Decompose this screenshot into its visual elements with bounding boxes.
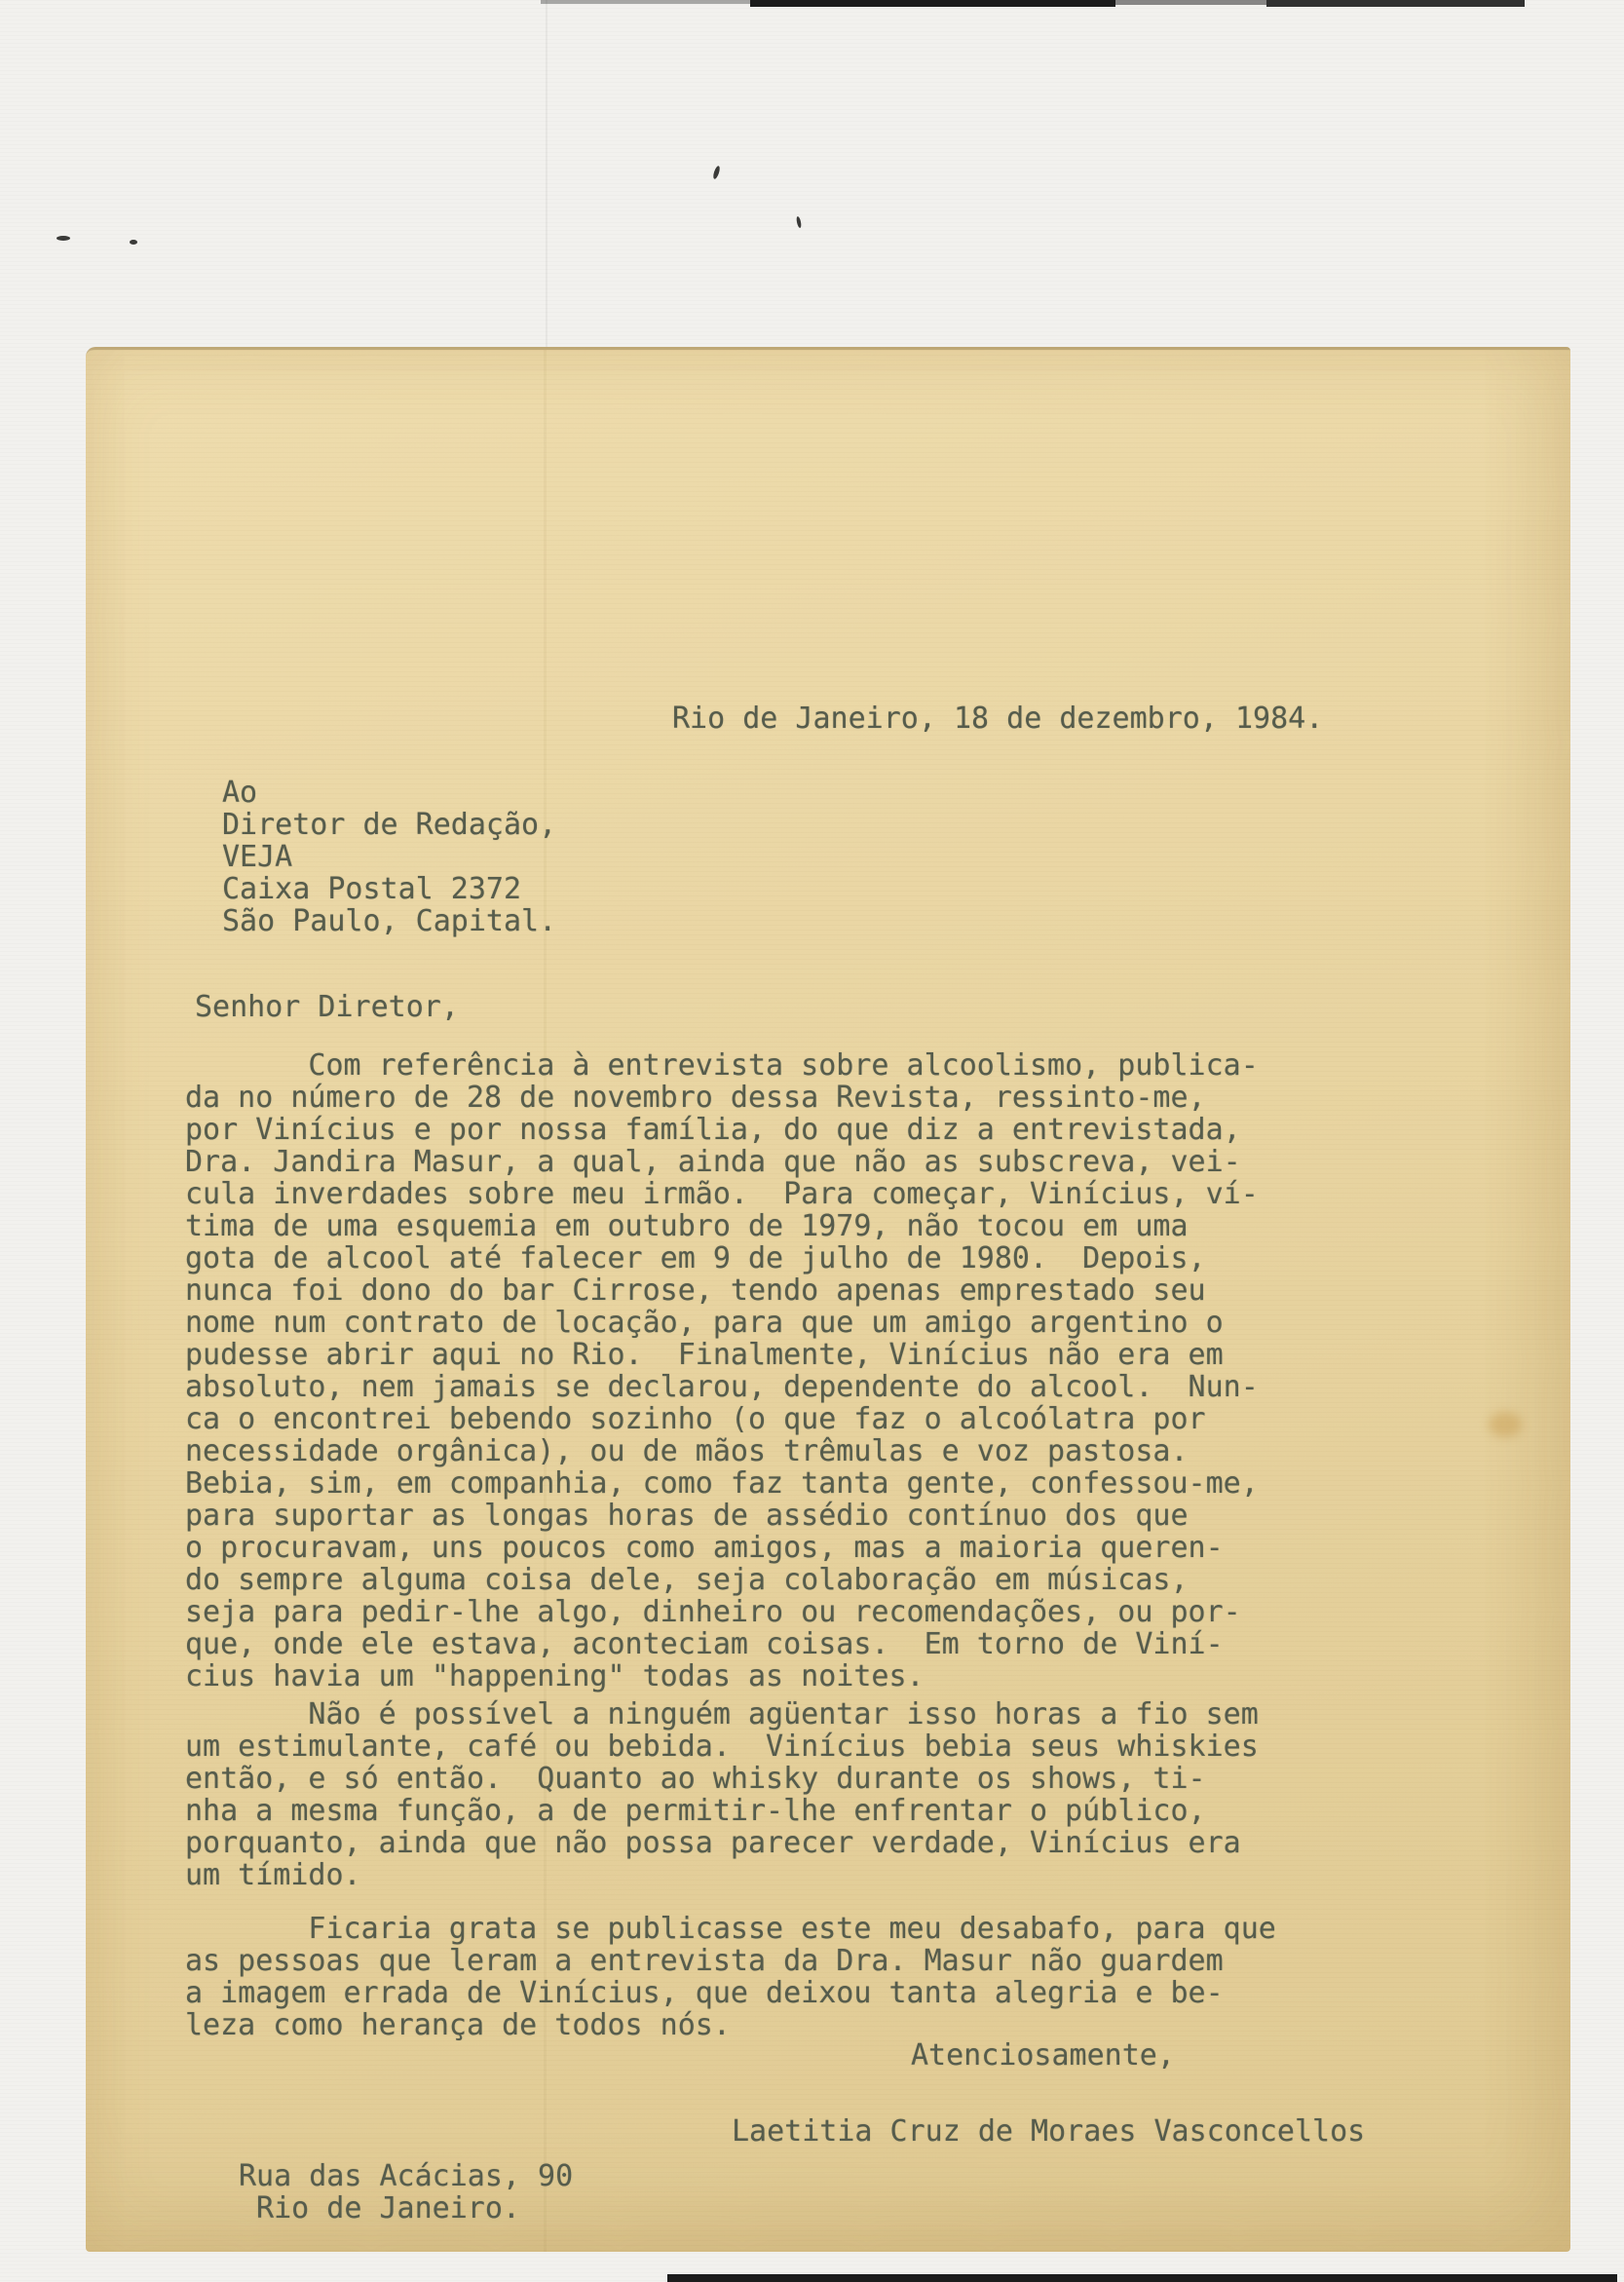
text-line: Ao bbox=[222, 777, 556, 809]
text-line: nha a mesma função, a de permitir-lhe en… bbox=[185, 1795, 1259, 1827]
text-line: do sempre alguma coisa dele, seja colabo… bbox=[185, 1564, 1259, 1596]
scan-speck bbox=[130, 240, 137, 245]
text-line: a imagem errada de Vinícius, que deixou … bbox=[185, 1977, 1276, 2009]
text-line: por Vinícius e por nossa família, do que… bbox=[185, 1114, 1259, 1146]
scan-speck bbox=[712, 166, 721, 180]
text-line: Não é possível a ninguém agüentar isso h… bbox=[185, 1698, 1259, 1731]
scan-edge-strip bbox=[667, 2274, 1617, 2282]
signature-name: Laetitia Cruz de Moraes Vasconcellos bbox=[732, 2115, 1365, 2148]
text-line: necessidade orgânica), ou de mãos trêmul… bbox=[185, 1435, 1259, 1467]
sender-address: Rua das Acácias, 90 Rio de Janeiro. bbox=[239, 2160, 573, 2225]
text-line: pudesse abrir aqui no Rio. Finalmente, V… bbox=[185, 1339, 1259, 1371]
text-line: ca o encontrei bebendo sozinho (o que fa… bbox=[185, 1403, 1259, 1435]
body-paragraph-2: Não é possível a ninguém agüentar isso h… bbox=[185, 1698, 1259, 1891]
background-fold-line bbox=[546, 0, 548, 347]
text-line: cius havia um "happening" todas as noite… bbox=[185, 1660, 1259, 1692]
text-line: Diretor de Redação, bbox=[222, 809, 556, 841]
text-line: da no número de 28 de novembro dessa Rev… bbox=[185, 1082, 1259, 1114]
text-line: para suportar as longas horas de assédio… bbox=[185, 1500, 1259, 1532]
text-line: um tímido. bbox=[185, 1859, 1259, 1891]
text-line: nunca foi dono do bar Cirrose, tendo ape… bbox=[185, 1274, 1259, 1307]
scan-edge-strip bbox=[1266, 0, 1525, 7]
scan-edge-strip bbox=[750, 0, 1115, 7]
text-line: seja para pedir-lhe algo, dinheiro ou re… bbox=[185, 1596, 1259, 1628]
date-line: Rio de Janeiro, 18 de dezembro, 1984. bbox=[672, 703, 1323, 735]
text-line: nome num contrato de locação, para que u… bbox=[185, 1307, 1259, 1339]
salutation: Senhor Diretor, bbox=[195, 991, 459, 1023]
text-line: tima de uma esquemia em outubro de 1979,… bbox=[185, 1210, 1259, 1242]
text-line: Rua das Acácias, 90 bbox=[239, 2160, 573, 2192]
text-line: VEJA bbox=[222, 841, 556, 873]
scan-edge-strip bbox=[541, 0, 750, 4]
text-line: Dra. Jandira Masur, a qual, ainda que nã… bbox=[185, 1146, 1259, 1178]
text-line: Com referência à entrevista sobre alcool… bbox=[185, 1049, 1259, 1082]
paper-stain bbox=[1489, 1412, 1522, 1437]
body-paragraph-3: Ficaria grata se publicasse este meu des… bbox=[185, 1913, 1276, 2041]
text-line: um estimulante, café ou bebida. Vinícius… bbox=[185, 1731, 1259, 1763]
text-line: Ficaria grata se publicasse este meu des… bbox=[185, 1913, 1276, 1945]
text-line: cula inverdades sobre meu irmão. Para co… bbox=[185, 1178, 1259, 1210]
body-paragraph-1: Com referência à entrevista sobre alcool… bbox=[185, 1049, 1259, 1692]
scan-speck bbox=[796, 216, 802, 229]
recipient-address: AoDiretor de Redação,VEJACaixa Postal 23… bbox=[222, 777, 556, 937]
text-line: que, onde ele estava, aconteciam coisas.… bbox=[185, 1628, 1259, 1660]
closing-line: Atenciosamente, bbox=[911, 2039, 1175, 2072]
text-line: as pessoas que leram a entrevista da Dra… bbox=[185, 1945, 1276, 1977]
scan-speck bbox=[57, 236, 70, 241]
scan-edge-strip bbox=[1115, 0, 1266, 5]
text-line: porquanto, ainda que não possa parecer v… bbox=[185, 1827, 1259, 1859]
text-line: leza como herança de todos nós. bbox=[185, 2009, 1276, 2041]
letter-paper: Rio de Janeiro, 18 de dezembro, 1984. Ao… bbox=[86, 347, 1570, 2252]
text-line: São Paulo, Capital. bbox=[222, 905, 556, 937]
text-line: Bebia, sim, em companhia, como faz tanta… bbox=[185, 1467, 1259, 1500]
text-line: Rio de Janeiro. bbox=[239, 2192, 573, 2225]
text-line: o procuravam, uns poucos como amigos, ma… bbox=[185, 1532, 1259, 1564]
text-line: Caixa Postal 2372 bbox=[222, 873, 556, 905]
text-line: absoluto, nem jamais se declarou, depend… bbox=[185, 1371, 1259, 1403]
text-line: gota de alcool até falecer em 9 de julho… bbox=[185, 1242, 1259, 1274]
text-line: então, e só então. Quanto ao whisky dura… bbox=[185, 1763, 1259, 1795]
